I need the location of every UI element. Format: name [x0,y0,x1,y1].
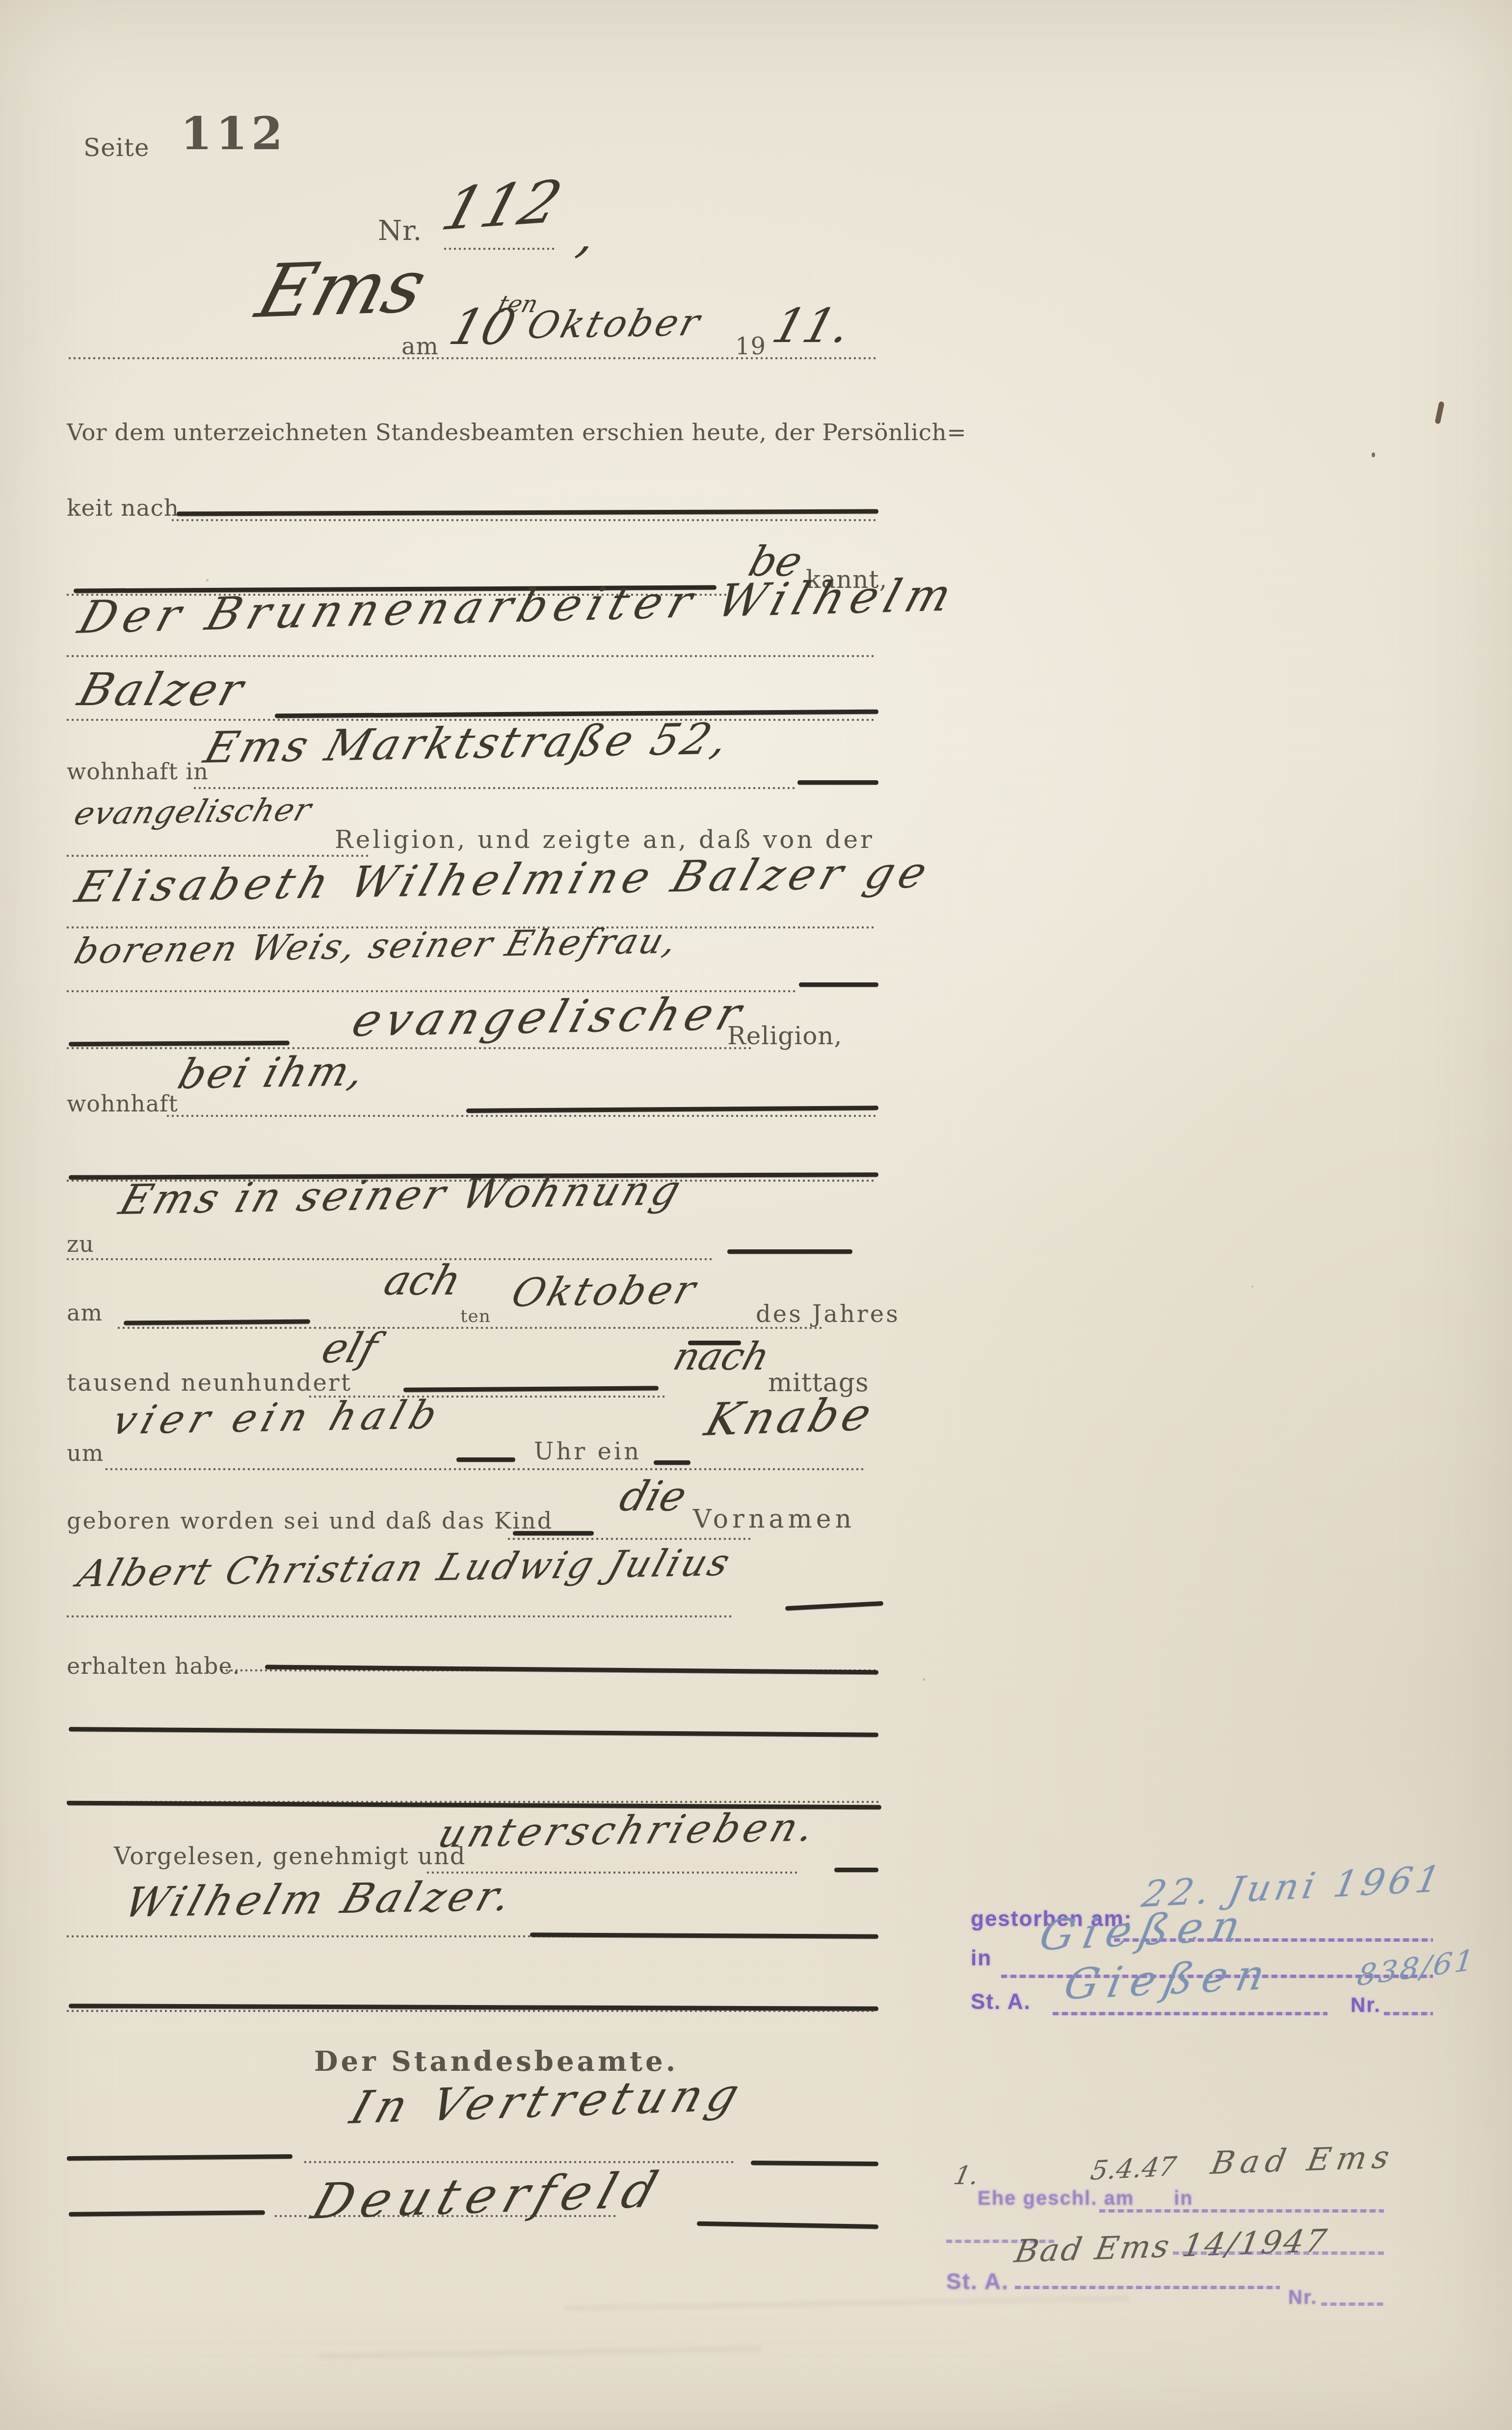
time-um-label: um [67,1440,104,1466]
closing-handwritten: unterschrieben. [433,1804,824,1856]
ink-blot [1434,401,1444,424]
ink-dash [456,1457,515,1462]
stamp-dashed-rule [1015,2286,1280,2289]
ink-dash [67,2154,292,2161]
registrar-signature: Deuterfeld [305,2161,672,2230]
register-page-scan: Seite 112 Nr. 112 , Ems am 10 ten Oktobe… [0,0,1512,2430]
page-side-label: Seite [83,133,150,162]
death-sta-handwritten: Gießen [1060,1950,1277,2010]
death-stamp-nr-label: Nr. [1351,1993,1381,2017]
dotted-rule [69,357,878,359]
record-number-value: 112 [434,168,569,244]
birthdate-am-label: am [67,1299,103,1326]
dotted-rule [106,1468,864,1470]
bleed-through-ghost [564,2297,1129,2310]
form-intro-line1: Vor dem unterzeichneten Standesbeamten e… [67,419,966,446]
ink-strike-line [265,1665,878,1675]
birthdate-month-handwritten: Oktober [506,1267,704,1316]
time-uhr-printed: Uhr ein [534,1438,641,1465]
marriage-stamp-sta-label: St. A. [946,2268,1009,2295]
ink-dash [697,2221,878,2229]
ink-dash [654,1460,690,1465]
dotted-rule [444,248,557,250]
paper-speck [1251,1286,1253,1288]
stamp-dashed-rule [1384,2012,1433,2015]
ink-strike-line [177,509,878,516]
dateline-year-printed: 19 [735,333,766,360]
residence-value: Ems Marktstraße 52, [199,713,737,773]
residence-label: wohnhaft in [67,758,209,785]
dotted-rule [67,855,371,857]
bleed-through-ghost [319,2347,761,2358]
marriage-place-handwritten: Bad Ems [1208,2139,1398,2182]
deputy-note-handwritten: In Vertretung [345,2068,751,2134]
dotted-rule [67,1935,607,1937]
stamp-dashed-rule [1173,2251,1384,2255]
dotted-rule [67,1258,715,1260]
residence2-label: wohnhaft [67,1090,178,1117]
declarant-name-line2: Balzer [73,663,252,716]
marriage-date-handwritten: 5.4.47 [1088,2151,1179,2186]
meridiem-handwritten: nach [668,1335,774,1379]
ink-speck [1372,452,1375,457]
ink-strike-line [69,1727,878,1737]
death-stamp-place-label: in [971,1946,992,1971]
marriage-index-handwritten: 1. [951,2161,981,2191]
ink-dash [513,1531,594,1535]
dotted-rule [167,1115,878,1117]
declarant-signature: Wilhelm Balzer. [119,1872,521,1927]
year-printed: tausend neunhundert [67,1369,352,1397]
birthdate-day-handwritten: ach [379,1256,467,1304]
birthdate-year-label: des Jahres [756,1300,900,1328]
dotted-rule [67,1047,754,1049]
marriage-stamp-label: Ehe geschl. am [978,2188,1134,2210]
dotted-rule [194,787,797,789]
death-nr-handwritten: 838/61 [1355,1943,1478,1993]
marriage-stamp-nr-label: Nr. [1288,2287,1317,2309]
stamp-dashed-rule [1099,2209,1384,2213]
closing-printed: Vorgelesen, genehmigt und [114,1843,466,1870]
record-number-label: Nr. [378,215,422,247]
dateline-year-written: 11. [767,298,857,353]
marriage-sta-handwritten: Bad Ems 14/1947 [1012,2223,1331,2270]
ink-dash [727,1249,852,1254]
ink-dash [799,982,878,987]
ink-strike-line [530,1932,878,1939]
paper-speck [206,579,209,581]
dateline-month: Oktober [523,300,707,347]
year-handwritten: elf [317,1324,383,1372]
child-sex-handwritten: Knabe [699,1388,881,1446]
death-stamp-sta-label: St. A. [971,1990,1031,2014]
record-number-flourish: , [572,206,604,264]
dotted-rule [67,1615,734,1617]
form-intro-line2: keit nach [67,495,179,522]
dateline-am-label: am [401,333,439,360]
ink-dash [785,1601,883,1611]
vornamen-printed: Vornamen [693,1505,855,1534]
dotted-rule [118,1327,824,1329]
stamp-dashed-rule [1321,2302,1385,2306]
birthdate-day-suffix-printed: ten [460,1306,491,1326]
born-handwritten: die [614,1472,692,1520]
stamp-dashed-rule [1053,2012,1327,2015]
paper-speck [923,1678,925,1681]
received-printed: erhalten habe. [67,1653,240,1679]
residence2-handwritten: bei ihm, [173,1047,372,1098]
ink-dash [69,2210,265,2216]
ink-strike-line [403,1386,659,1392]
dateline-place: Ems [248,244,436,335]
time-handwritten: vier ein halb [107,1392,449,1443]
dotted-rule [67,655,876,657]
ink-dash [797,780,878,785]
religion2-printed: Religion, [727,1022,842,1050]
child-names-handwritten: Albert Christian Ludwig Julius [73,1540,738,1595]
religion1-handwritten: evangelischer [70,792,317,832]
marriage-stamp-in-label: in [1174,2188,1194,2210]
born-printed: geboren worden sei und daß das Kind [67,1507,553,1534]
ink-dash [751,2161,878,2166]
page-number-stamp: 112 [181,107,287,160]
dotted-rule [172,519,878,521]
ink-strike-line [466,1106,878,1113]
dotted-rule [508,1538,753,1540]
ink-strike-line [69,1041,290,1046]
religion2-handwritten: evangelischer [346,987,753,1047]
birthplace-handwritten: Ems in seiner Wohnung [114,1166,690,1224]
ink-dash [834,1868,878,1872]
ink-dash [124,1319,310,1325]
dotted-rule [67,2010,876,2012]
birthplace-printed: zu [67,1231,94,1257]
paper-speck [481,2189,483,2191]
dotted-rule [275,2215,618,2217]
